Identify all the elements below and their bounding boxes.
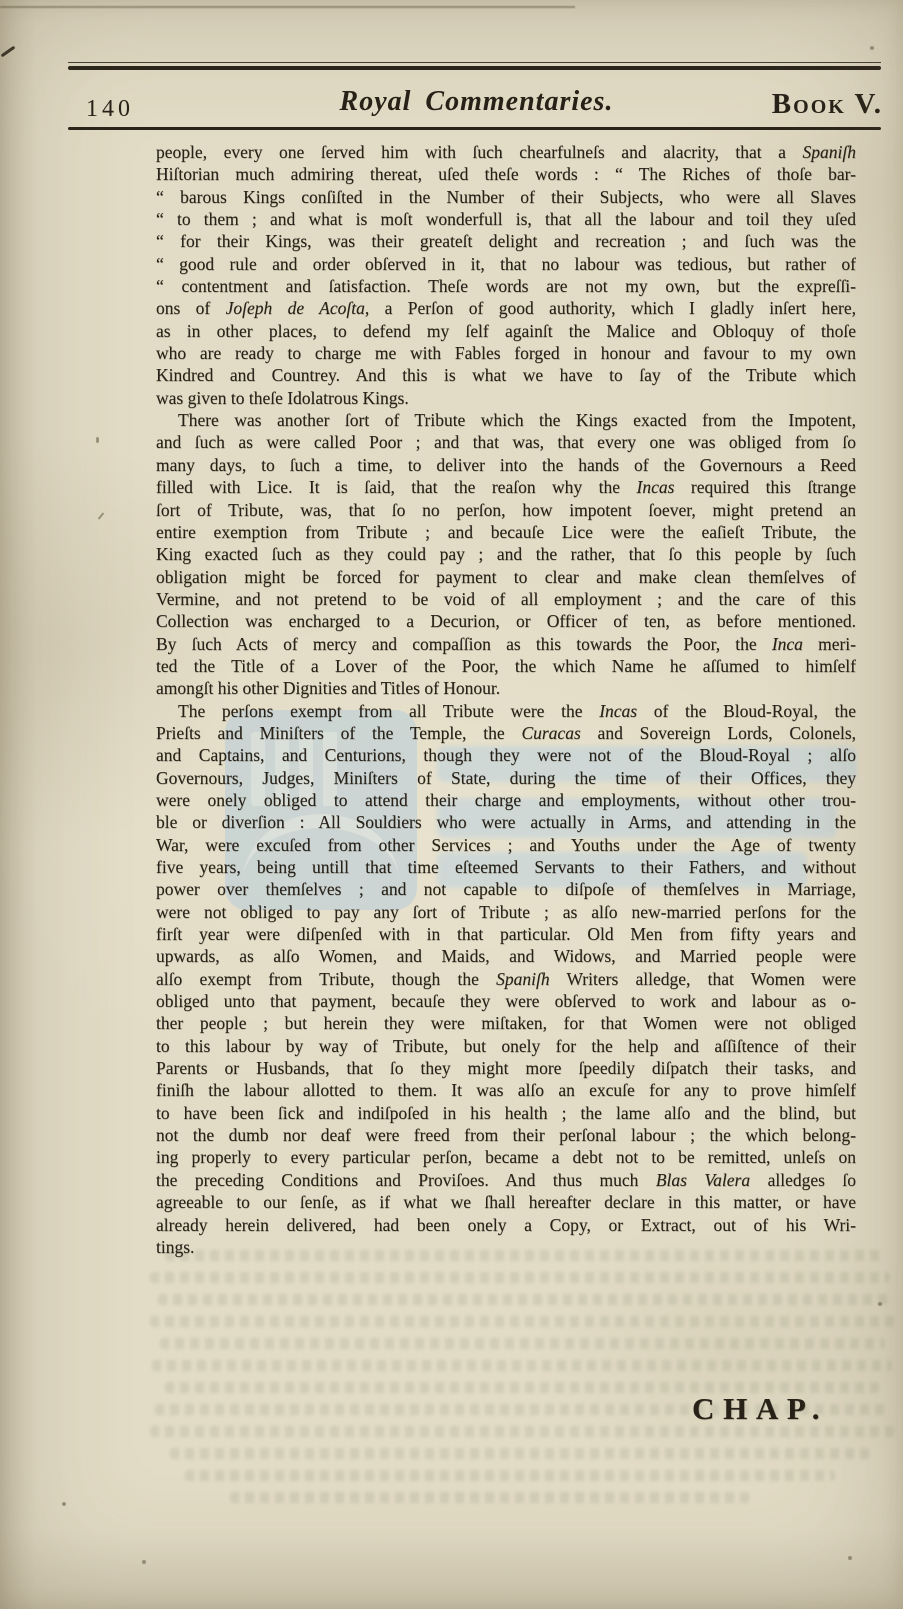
text-line: agreeable to our ſenſe, as if what we ſh… bbox=[156, 1191, 856, 1213]
text-segment: and Captains, and Centurions, though the… bbox=[156, 745, 856, 765]
text-segment: to this labour by way of Tribute, but on… bbox=[156, 1036, 856, 1056]
text-segment: who are ready to charge me with Fables f… bbox=[156, 343, 856, 363]
text-line: already herein delivered, had been onely… bbox=[156, 1214, 856, 1236]
text-segment: Hiſtorian much admiring thereat, uſed th… bbox=[156, 164, 856, 184]
text-segment: By ſuch Acts of mercy and compaſſion as … bbox=[156, 634, 772, 654]
show-through-row bbox=[230, 1492, 750, 1503]
text-line: was given to theſe Idolatrous Kings. bbox=[156, 387, 856, 409]
text-segment: amongſt his other Dignities and Titles o… bbox=[156, 678, 500, 698]
text-line: Prieſts and Miniſters of the Temple, the… bbox=[156, 722, 856, 744]
text-line: Collection was encharged to a Decurion, … bbox=[156, 610, 856, 632]
text-line: and Captains, and Centurions, though the… bbox=[156, 744, 856, 766]
book-label: Book V. bbox=[772, 88, 883, 121]
text-line: King exacted ſuch as they could pay ; an… bbox=[156, 543, 856, 565]
text-segment: upwards, as alſo Women, and Maids, and W… bbox=[156, 946, 856, 966]
header-rule-top-thin bbox=[68, 62, 881, 63]
text-line: Vermine, and not pretend to be void of a… bbox=[156, 588, 856, 610]
text-line: By ſuch Acts of mercy and compaſſion as … bbox=[156, 633, 856, 655]
text-segment: meri- bbox=[803, 634, 856, 654]
text-line: tings. bbox=[156, 1236, 856, 1258]
text-line: “ contentment and ſatisfaction. Theſe wo… bbox=[156, 275, 856, 297]
text-segment: not the dumb nor deaf were freed from th… bbox=[156, 1125, 856, 1145]
text-segment: was given to theſe Idolatrous Kings. bbox=[156, 388, 409, 408]
text-segment: There was another ſort of Tribute which … bbox=[178, 410, 856, 430]
text-line: to have been ſick and indiſpoſed in his … bbox=[156, 1102, 856, 1124]
text-line: filled with Lice. It is ſaid, that the r… bbox=[156, 476, 856, 498]
italic-text-segment: Blas Valera bbox=[656, 1170, 750, 1190]
text-segment: “ good rule and order obſerved in it, th… bbox=[156, 254, 856, 274]
text-line: to this labour by way of Tribute, but on… bbox=[156, 1035, 856, 1057]
ink-mark bbox=[1, 46, 16, 58]
text-segment: obliged unto that payment, becauſe they … bbox=[156, 991, 856, 1011]
text-segment: , a Perſon of good authority, which I gl… bbox=[365, 298, 856, 318]
text-line: “ good rule and order obſerved in it, th… bbox=[156, 253, 856, 275]
text-segment: King exacted ſuch as they could pay ; an… bbox=[156, 544, 856, 564]
text-segment: Governours, Judges, Miniſters of State, … bbox=[156, 768, 856, 788]
text-line: “ barous Kings conſiſted in the Number o… bbox=[156, 186, 856, 208]
text-segment: obligation might be forced for payment t… bbox=[156, 567, 856, 587]
text-line: firſt year were diſpenſed with in that p… bbox=[156, 923, 856, 945]
header-rule-bottom bbox=[68, 127, 881, 130]
text-segment: and Sovereign Lords, Colonels, bbox=[581, 723, 856, 743]
text-segment: ons of bbox=[156, 298, 226, 318]
text-line: ing properly to every particular perſon,… bbox=[156, 1146, 856, 1168]
italic-text-segment: Incas bbox=[599, 701, 637, 721]
body-text: people, every one ſerved him with ſuch c… bbox=[156, 141, 856, 1258]
text-line: “ for their Kings, was their greateſt de… bbox=[156, 230, 856, 252]
text-line: power over themſelves ; and not capable … bbox=[156, 878, 856, 900]
text-segment: the preceding Conditions and Proviſoes. … bbox=[156, 1170, 656, 1190]
text-line: ther people ; but herein they were miſta… bbox=[156, 1012, 856, 1034]
text-line: There was another ſort of Tribute which … bbox=[156, 409, 856, 431]
paragraph: people, every one ſerved him with ſuch c… bbox=[156, 141, 856, 409]
text-segment: War, were excuſed from other Services ; … bbox=[156, 835, 856, 855]
text-segment: of the Bloud-Royal, the bbox=[637, 701, 856, 721]
text-segment: required this ſtrange bbox=[674, 477, 856, 497]
text-line: were not obliged to pay any ſort of Trib… bbox=[156, 901, 856, 923]
text-segment: five years, being untill that time eſtee… bbox=[156, 857, 856, 877]
text-segment: ted the Title of a Lover of the Poor, th… bbox=[156, 656, 856, 676]
text-segment: Collection was encharged to a Decurion, … bbox=[156, 611, 856, 631]
text-segment: finiſh the labour allotted to them. It w… bbox=[156, 1080, 856, 1100]
paper-speck bbox=[62, 1502, 66, 1506]
italic-text-segment: Spaniſh bbox=[803, 142, 856, 162]
show-through-row bbox=[185, 1470, 835, 1481]
text-line: Hiſtorian much admiring thereat, uſed th… bbox=[156, 163, 856, 185]
text-line: Governours, Judges, Miniſters of State, … bbox=[156, 767, 856, 789]
text-segment: “ contentment and ſatisfaction. Theſe wo… bbox=[156, 276, 856, 296]
text-line: The perſons exempt from all Tribute were… bbox=[156, 700, 856, 722]
text-line: as in other places, to defend my ſelf ag… bbox=[156, 320, 856, 342]
text-segment: to have been ſick and indiſpoſed in his … bbox=[156, 1103, 856, 1123]
text-segment: ſort of Tribute, was, that ſo no perſon,… bbox=[156, 500, 856, 520]
text-segment: alledges ſo bbox=[750, 1170, 856, 1190]
show-through-row bbox=[150, 1272, 890, 1283]
text-line: many days, to ſuch a time, to deliver in… bbox=[156, 454, 856, 476]
text-line: amongſt his other Dignities and Titles o… bbox=[156, 677, 856, 699]
text-segment: “ barous Kings conſiſted in the Number o… bbox=[156, 187, 856, 207]
text-line: alſo exempt from Tribute, though the Spa… bbox=[156, 968, 856, 990]
italic-text-segment: Joſeph de Acoſta bbox=[226, 298, 365, 318]
paper-speck bbox=[870, 46, 874, 50]
text-segment: The perſons exempt from all Tribute were… bbox=[178, 701, 599, 721]
book-page: 140 Royal Commentaries. Book V. people, … bbox=[0, 0, 903, 1609]
text-line: finiſh the labour allotted to them. It w… bbox=[156, 1079, 856, 1101]
show-through-row bbox=[160, 1338, 885, 1349]
show-through-row bbox=[150, 1316, 895, 1327]
text-segment: power over themſelves ; and not capable … bbox=[156, 879, 856, 899]
text-line: ble or diverſion : All Souldiers who wer… bbox=[156, 811, 856, 833]
paper-speck bbox=[96, 437, 99, 443]
text-segment: Prieſts and Miniſters of the Temple, the bbox=[156, 723, 521, 743]
text-segment: Writers alledge, that Women were bbox=[550, 969, 856, 989]
text-segment: were not obliged to pay any ſort of Trib… bbox=[156, 902, 856, 922]
text-line: “ to them ; and what is moſt wonderfull … bbox=[156, 208, 856, 230]
text-line: five years, being untill that time eſtee… bbox=[156, 856, 856, 878]
text-segment: entire exemption from Tribute ; and beca… bbox=[156, 522, 856, 542]
text-segment: agreeable to our ſenſe, as if what we ſh… bbox=[156, 1192, 856, 1212]
text-segment: already herein delivered, had been onely… bbox=[156, 1215, 856, 1235]
text-line: people, every one ſerved him with ſuch c… bbox=[156, 141, 856, 163]
paragraph: The perſons exempt from all Tribute were… bbox=[156, 700, 856, 1259]
scan-edge-artifact bbox=[0, 6, 575, 8]
text-segment: Vermine, and not pretend to be void of a… bbox=[156, 589, 856, 609]
paragraph: There was another ſort of Tribute which … bbox=[156, 409, 856, 699]
paper-speck bbox=[98, 512, 105, 519]
text-segment: many days, to ſuch a time, to deliver in… bbox=[156, 455, 856, 475]
text-line: War, were excuſed from other Services ; … bbox=[156, 834, 856, 856]
italic-text-segment: Inca bbox=[772, 634, 803, 654]
text-line: upwards, as alſo Women, and Maids, and W… bbox=[156, 945, 856, 967]
paper-speck bbox=[142, 1560, 146, 1564]
text-segment: filled with Lice. It is ſaid, that the r… bbox=[156, 477, 637, 497]
show-through-row bbox=[158, 1294, 888, 1305]
paper-speck bbox=[878, 1302, 882, 1306]
text-line: Parents or Husbands, that ſo they might … bbox=[156, 1057, 856, 1079]
paper-speck bbox=[848, 1556, 852, 1560]
text-line: were onely obliged to attend their charg… bbox=[156, 789, 856, 811]
text-segment: ble or diverſion : All Souldiers who wer… bbox=[156, 812, 856, 832]
text-line: ons of Joſeph de Acoſta, a Perſon of goo… bbox=[156, 297, 856, 319]
text-segment: “ for their Kings, was their greateſt de… bbox=[156, 231, 856, 251]
text-segment: as in other places, to defend my ſelf ag… bbox=[156, 321, 856, 341]
catchword: CHAP. bbox=[692, 1391, 828, 1427]
text-segment: Kindred and Countrey. And this is what w… bbox=[156, 365, 856, 385]
text-line: obliged unto that payment, becauſe they … bbox=[156, 990, 856, 1012]
text-segment: were onely obliged to attend their charg… bbox=[156, 790, 856, 810]
show-through-row bbox=[152, 1360, 892, 1371]
text-segment: and ſuch as were called Poor ; and that … bbox=[156, 432, 856, 452]
text-line: Kindred and Countrey. And this is what w… bbox=[156, 364, 856, 386]
text-line: the preceding Conditions and Proviſoes. … bbox=[156, 1169, 856, 1191]
text-line: and ſuch as were called Poor ; and that … bbox=[156, 431, 856, 453]
text-segment: ther people ; but herein they were miſta… bbox=[156, 1013, 856, 1033]
header-rule-top bbox=[68, 66, 881, 70]
text-segment: ing properly to every particular perſon,… bbox=[156, 1147, 856, 1167]
text-line: not the dumb nor deaf were freed from th… bbox=[156, 1124, 856, 1146]
italic-text-segment: Curacas bbox=[521, 723, 580, 743]
text-segment: “ to them ; and what is moſt wonderfull … bbox=[156, 209, 856, 229]
text-segment: tings. bbox=[156, 1237, 194, 1257]
text-line: obligation might be forced for payment t… bbox=[156, 566, 856, 588]
text-segment: Parents or Husbands, that ſo they might … bbox=[156, 1058, 856, 1078]
text-segment: alſo exempt from Tribute, though the bbox=[156, 969, 496, 989]
show-through-row bbox=[170, 1448, 870, 1459]
show-through-row bbox=[150, 1426, 895, 1437]
text-line: ſort of Tribute, was, that ſo no perſon,… bbox=[156, 499, 856, 521]
text-segment: firſt year were diſpenſed with in that p… bbox=[156, 924, 856, 944]
text-line: entire exemption from Tribute ; and beca… bbox=[156, 521, 856, 543]
italic-text-segment: Spaniſh bbox=[496, 969, 549, 989]
italic-text-segment: Incas bbox=[637, 477, 675, 497]
text-line: ted the Title of a Lover of the Poor, th… bbox=[156, 655, 856, 677]
text-line: who are ready to charge me with Fables f… bbox=[156, 342, 856, 364]
text-segment: people, every one ſerved him with ſuch c… bbox=[156, 142, 803, 162]
